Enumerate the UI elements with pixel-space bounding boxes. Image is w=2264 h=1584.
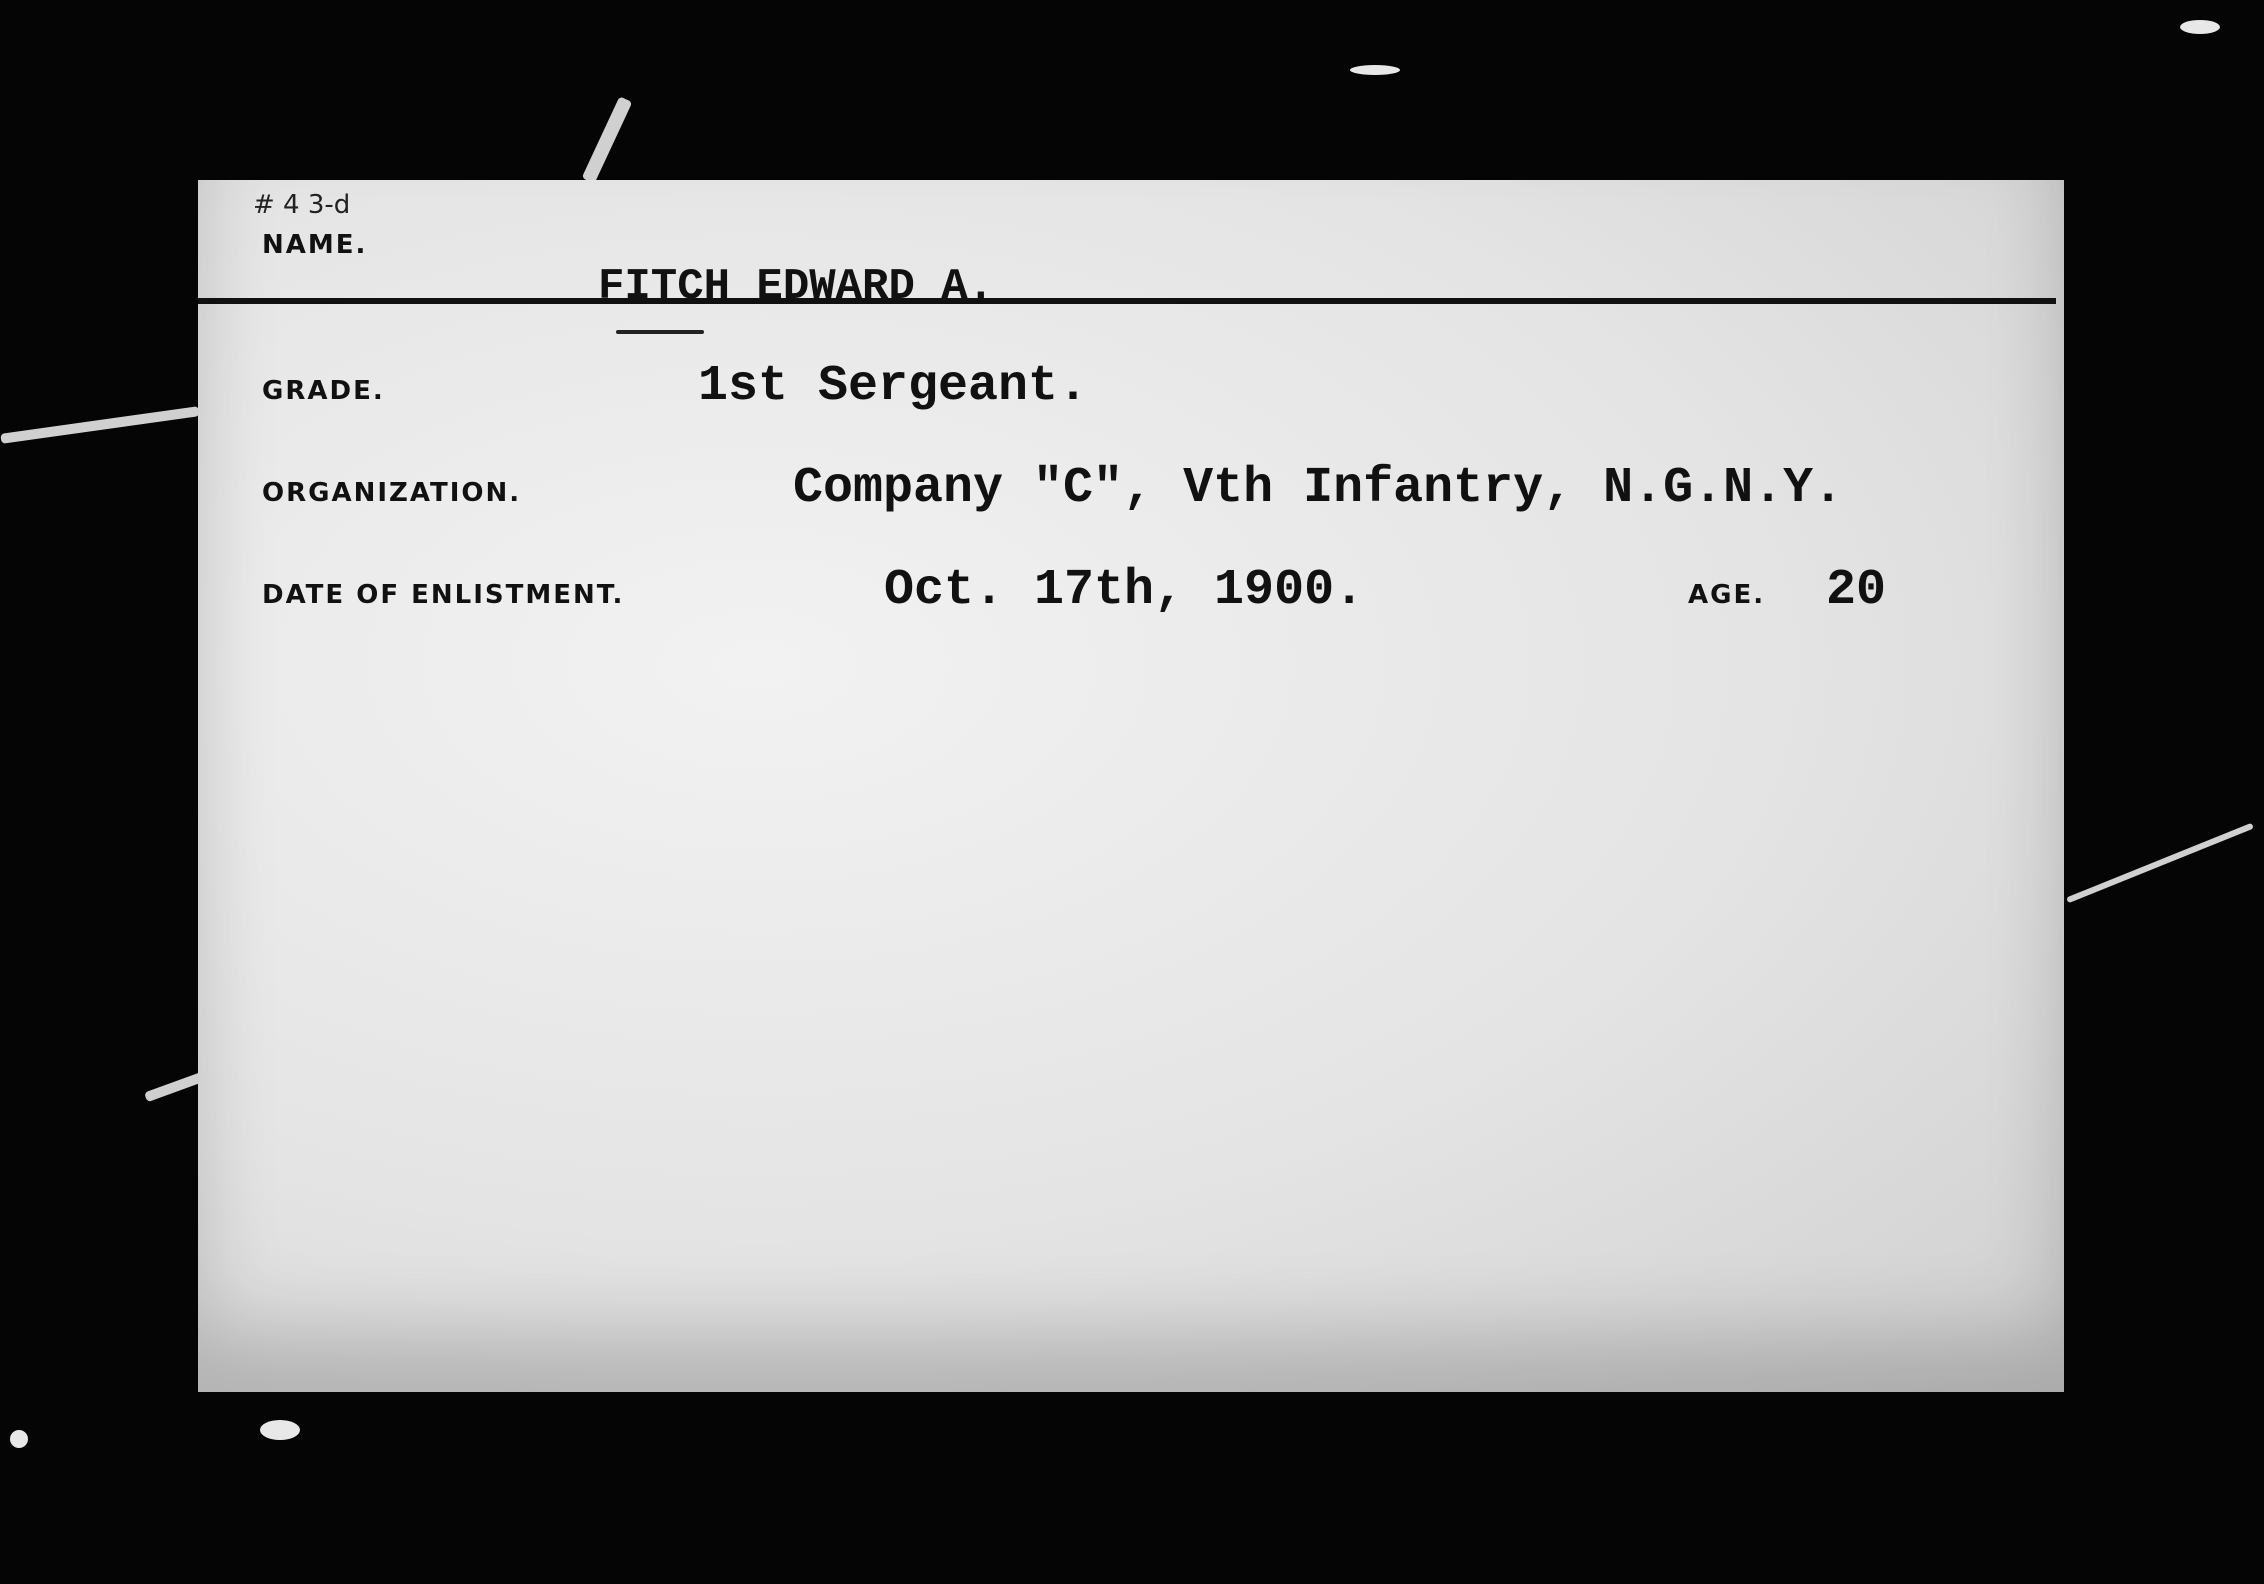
film-speck xyxy=(10,1430,28,1448)
film-speck xyxy=(260,1420,300,1440)
film-scratch xyxy=(582,96,633,183)
enlistment-date-value: Oct. 17th, 1900. xyxy=(884,562,1364,619)
name-underline xyxy=(616,330,704,334)
name-label: NAME. xyxy=(262,230,367,260)
grade-label: GRADE. xyxy=(262,376,385,406)
enlistment-index-card: # 4 3-d NAME. FITCH EDWARD A. GRADE. 1st… xyxy=(198,180,2064,1392)
name-divider xyxy=(198,298,2056,304)
organization-value: Company "C", Vth Infantry, N.G.N.Y. xyxy=(793,460,1843,517)
grade-value: 1st Sergeant. xyxy=(698,358,1088,415)
film-scratch xyxy=(0,406,199,444)
film-speck xyxy=(1350,65,1400,75)
handwritten-annotation: # 4 3-d xyxy=(253,190,350,220)
name-value: FITCH EDWARD A. xyxy=(598,262,994,312)
film-speck xyxy=(2180,20,2220,34)
film-scratch xyxy=(2066,823,2254,903)
age-value: 20 xyxy=(1826,562,1886,619)
enlistment-date-label: DATE OF ENLISTMENT. xyxy=(262,580,624,610)
organization-label: ORGANIZATION. xyxy=(262,478,521,508)
age-label: AGE. xyxy=(1688,580,1765,610)
